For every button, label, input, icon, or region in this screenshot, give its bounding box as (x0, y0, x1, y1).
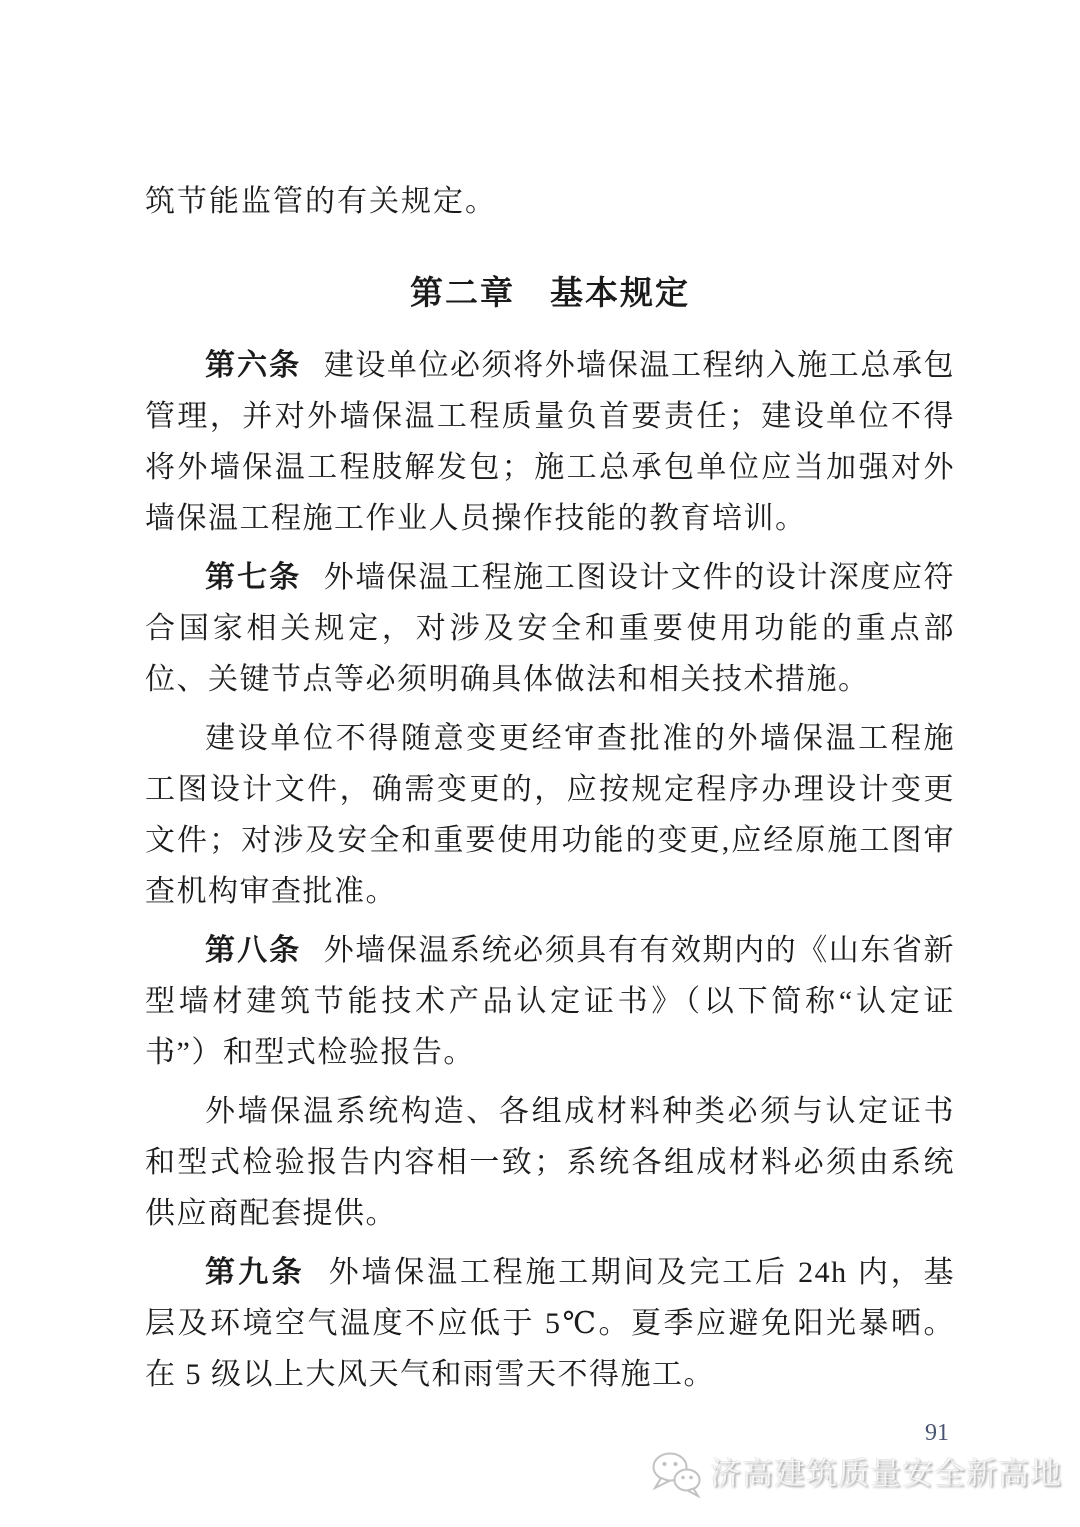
article-label: 第九条 (205, 1256, 327, 1289)
paragraph-list: 第六条建设单位必须将外墙保温工程纳入施工总承包管理，并对外墙保温工程质量负首要责… (145, 340, 955, 1400)
watermark: 济高建筑质量安全新高地 (650, 1450, 1062, 1498)
article-label: 第七条 (205, 561, 324, 594)
body-paragraph: 第七条外墙保温工程施工图设计文件的设计深度应符合国家相关规定，对涉及安全和重要使… (145, 552, 955, 705)
page-number: 91 (925, 1418, 949, 1448)
paragraph-text: 外墙保温系统构造、各组成材料种类必须与认定证书和型式检验报告内容相一致；系统各组… (145, 1095, 955, 1230)
continuation-line: 筑节能监管的有关规定。 (145, 176, 955, 227)
document-body: 筑节能监管的有关规定。 第二章 基本规定 第六条建设单位必须将外墙保温工程纳入施… (145, 176, 955, 1408)
body-paragraph: 外墙保温系统构造、各组成材料种类必须与认定证书和型式检验报告内容相一致；系统各组… (145, 1086, 955, 1239)
body-paragraph: 建设单位不得随意变更经审查批准的外墙保温工程施工图设计文件，确需变更的，应按规定… (145, 713, 955, 917)
body-paragraph: 第九条外墙保温工程施工期间及完工后 24h 内，基层及环境空气温度不应低于 5℃… (145, 1247, 955, 1400)
wechat-icon (650, 1450, 702, 1498)
body-paragraph: 第八条外墙保温系统必须具有有效期内的《山东省新型墙材建筑节能技术产品认定证书》（… (145, 925, 955, 1078)
watermark-text: 济高建筑质量安全新高地 (710, 1450, 1062, 1498)
body-paragraph: 第六条建设单位必须将外墙保温工程纳入施工总承包管理，并对外墙保温工程质量负首要责… (145, 340, 955, 544)
chapter-heading: 第二章 基本规定 (145, 267, 955, 318)
article-label: 第八条 (205, 934, 324, 967)
article-label: 第六条 (205, 349, 324, 382)
document-page: 筑节能监管的有关规定。 第二章 基本规定 第六条建设单位必须将外墙保温工程纳入施… (0, 0, 1080, 1527)
paragraph-text: 建设单位不得随意变更经审查批准的外墙保温工程施工图设计文件，确需变更的，应按规定… (145, 722, 955, 908)
